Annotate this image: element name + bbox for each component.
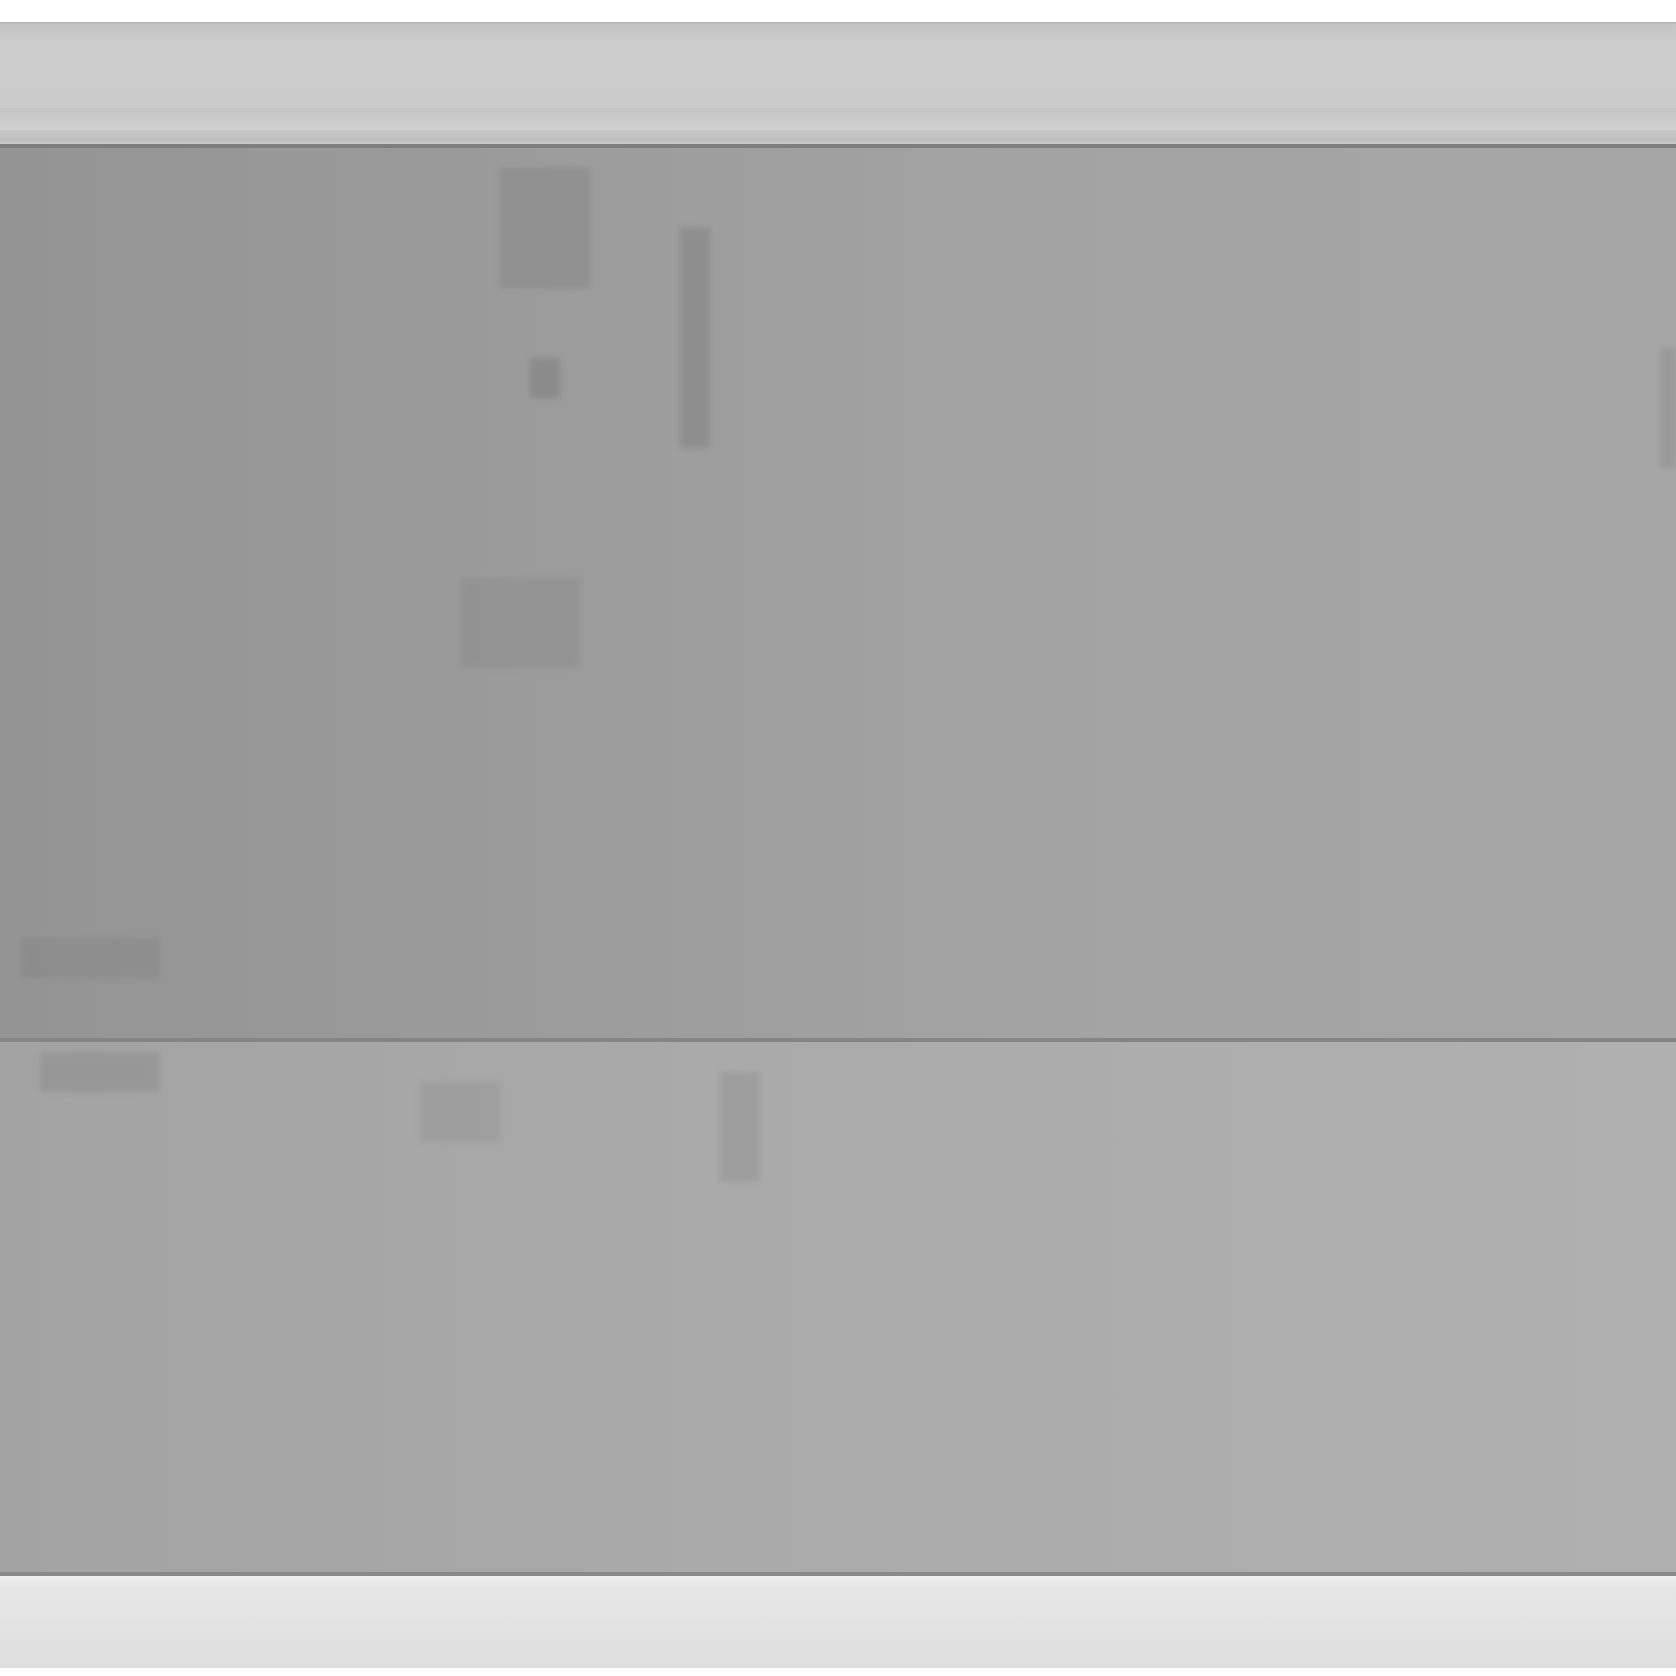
blurred-content-mark xyxy=(40,1052,160,1092)
content-panel-upper[interactable] xyxy=(0,148,1676,1038)
blurred-content-mark xyxy=(420,1082,500,1142)
blurred-content-mark xyxy=(530,358,560,398)
window-top-margin xyxy=(0,0,1676,22)
blurred-content-mark xyxy=(20,938,160,978)
blurred-content-mark xyxy=(460,578,580,668)
blurred-content-mark xyxy=(720,1072,760,1182)
blurred-content-mark xyxy=(500,168,590,288)
status-bar xyxy=(0,1576,1676,1668)
blurred-content-mark xyxy=(680,228,710,448)
blurred-content-mark xyxy=(1660,348,1676,468)
window-bottom-margin xyxy=(0,1668,1676,1676)
content-panel-lower[interactable] xyxy=(0,1042,1676,1572)
toolbar-strip xyxy=(0,108,1676,130)
toolbar xyxy=(0,22,1676,144)
app-window xyxy=(0,0,1676,1676)
